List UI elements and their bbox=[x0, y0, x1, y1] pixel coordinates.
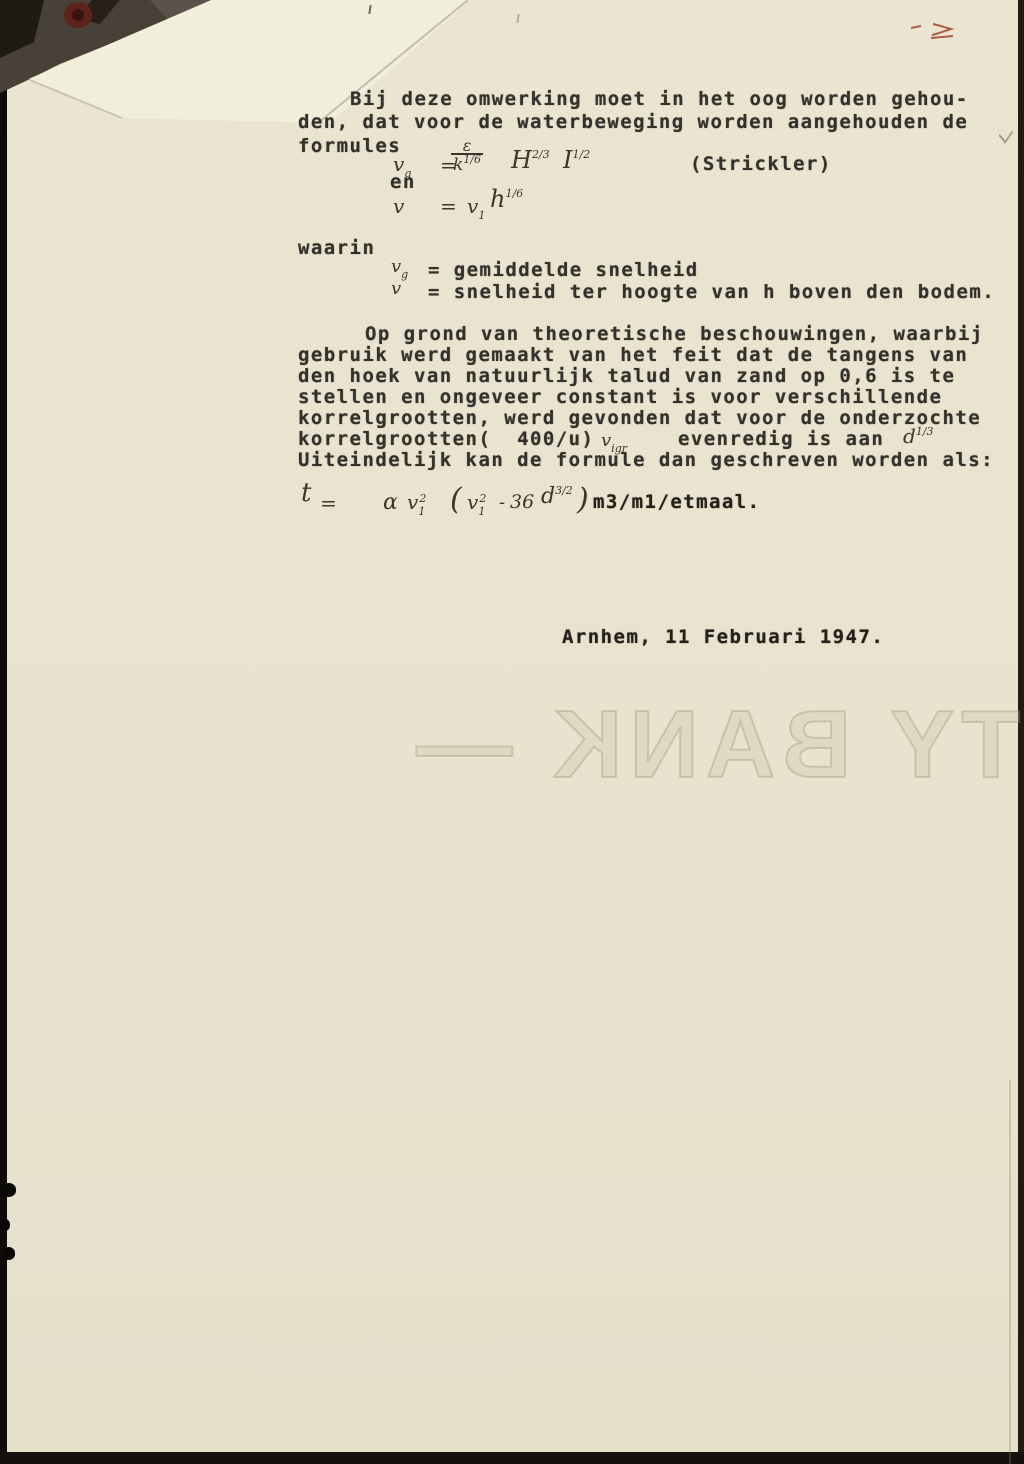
ft-open-paren: ( bbox=[450, 482, 462, 517]
ft-d: d3/2 bbox=[541, 484, 573, 509]
def2-symbol: v bbox=[391, 278, 401, 299]
edge-ink-blob bbox=[0, 1183, 16, 1197]
ft-alpha: α bbox=[383, 490, 398, 515]
def2-text: = snelheid ter hoogte van h boven den bo… bbox=[428, 281, 995, 303]
scanned-document-page: TY BANK — Bij deze omwerking moet in het… bbox=[0, 0, 1024, 1464]
para1-line2: den, dat voor de waterbeweging worden aa… bbox=[298, 111, 968, 133]
para2-line2: gebruik werd gemaakt van het feit dat de… bbox=[298, 344, 968, 366]
formula-connector-en: en bbox=[390, 171, 416, 193]
ft-v1: v12 bbox=[407, 490, 432, 514]
ft-v2: v12 bbox=[467, 490, 492, 514]
waarin-label: waarin bbox=[298, 237, 375, 259]
watermark-text: TY BANK — bbox=[458, 693, 1020, 797]
formula-H: H2/3 bbox=[511, 146, 550, 174]
formula-I: I1/2 bbox=[563, 146, 590, 174]
dateline: Arnhem, 11 Februari 1947. bbox=[562, 626, 884, 648]
ft-t: t bbox=[301, 478, 311, 508]
edge-ink-blob bbox=[1, 1247, 15, 1260]
para2-line3: den hoek van natuurlijk talud van zand o… bbox=[298, 365, 955, 387]
scan-edge-bottom bbox=[0, 1452, 1024, 1464]
fraction-numerator: ε bbox=[458, 138, 477, 153]
paper-crease-line bbox=[1009, 1080, 1011, 1464]
formula2-v1: v1 bbox=[467, 194, 485, 218]
def1-text: = gemiddelde snelheid bbox=[428, 259, 699, 281]
ft-close-paren: ) bbox=[577, 482, 589, 517]
edge-ink-blob bbox=[0, 1219, 10, 1231]
para2-line6-vigr: vigr bbox=[601, 430, 627, 451]
ft-unit: m3/m1/etmaal. bbox=[593, 491, 761, 513]
fraction-denominator: k1/6 bbox=[451, 153, 483, 176]
pencil-check-mark bbox=[999, 124, 1014, 143]
red-scribble-mark bbox=[905, 18, 965, 42]
ft-coef: 36 bbox=[510, 491, 534, 513]
def1-symbol: vg bbox=[391, 256, 408, 277]
formula-fraction: ε k1/6 bbox=[451, 138, 483, 176]
formula2-h: h1/6 bbox=[490, 185, 523, 213]
formula2-v: v bbox=[393, 194, 404, 218]
para2-line6-d-term: d1/3 bbox=[903, 424, 934, 448]
ft-minus: - bbox=[499, 492, 505, 513]
para2-line4: stellen en ongeveer constant is voor ver… bbox=[298, 386, 942, 408]
para2-line6-typed-b: evenredig is aan bbox=[678, 428, 884, 450]
para2-line6-typed-a: korrelgrootten( 400/u) bbox=[298, 428, 594, 450]
formula2-equals: = bbox=[440, 194, 457, 218]
ft-equals: = bbox=[320, 491, 337, 515]
formula-attribution: (Strickler) bbox=[690, 153, 832, 175]
para1-line3: formules bbox=[298, 135, 401, 157]
para2-line5: korrelgrootten, werd gevonden dat voor d… bbox=[298, 407, 981, 429]
para1-line1: Bij deze omwerking moet in het oog worde… bbox=[350, 88, 969, 110]
para2-line7: Uiteindelijk kan de formule dan geschrev… bbox=[298, 449, 994, 471]
para2-line1: Op grond van theoretische beschouwingen,… bbox=[365, 323, 984, 345]
